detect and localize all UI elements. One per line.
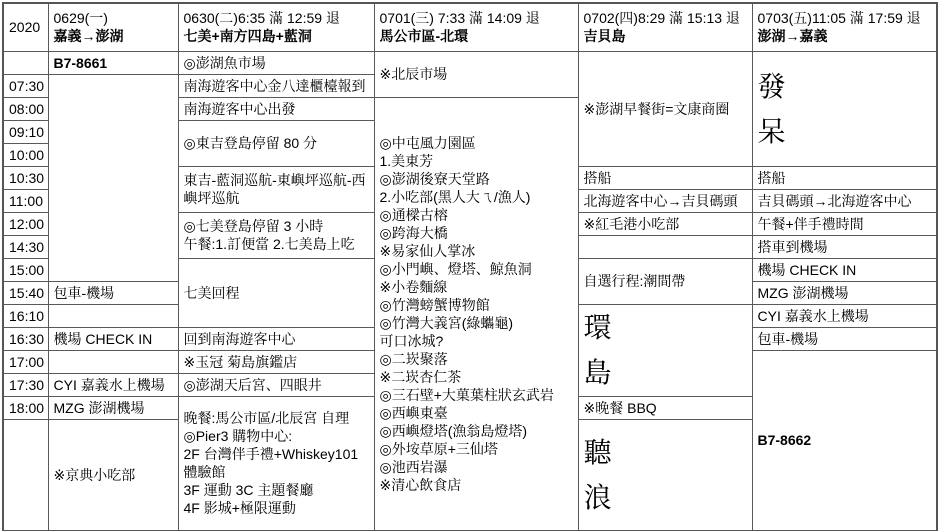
- activity-text: ※北辰市場: [380, 65, 575, 83]
- activity-text: 1.美東芳: [380, 152, 575, 170]
- activity-text: 包車-機場: [54, 284, 175, 302]
- activity-text: ◎通樑古榕: [380, 206, 575, 224]
- cell-d0702-r8: [578, 235, 752, 258]
- day-header-date: 0629(一): [54, 9, 175, 27]
- cell-d0701-r2: ◎中屯風力園區1.美東芳◎澎湖後寮天堂路2.小吃部(黑人大ㄟ/漁人)◎通樑古榕◎…: [374, 97, 578, 531]
- day-header-route: 吉貝島: [584, 27, 749, 45]
- day-header-d0703: 0703(五)11:05 滿 17:59 退澎湖→嘉義: [752, 3, 937, 51]
- time-label-r10: 15:40: [3, 281, 48, 304]
- day-header-d0629: 0629(一)嘉義→澎湖: [48, 3, 178, 51]
- cell-d0630-r5: 東吉-藍洞巡航-東嶼坪巡航-西嶼坪巡航: [178, 166, 374, 212]
- activity-text: ◎池西岩瀑: [380, 458, 575, 476]
- cell-d0702-r7: ※紅毛港小吃部: [578, 212, 752, 235]
- activity-text: ◎中屯風力園區: [380, 134, 575, 152]
- activity-text: ※清心飲食店: [380, 476, 575, 494]
- cell-d0630-r14: ◎澎湖天后宮、四眼井: [178, 373, 374, 396]
- big-activity-text: 聽: [584, 430, 749, 475]
- cell-d0702-r16: 聽浪: [578, 419, 752, 531]
- cell-d0630-r7: ◎七美登島停留 3 小時午餐:1.訂便當 2.七美島上吃: [178, 212, 374, 258]
- activity-text: 東吉-藍洞巡航-東嶼坪巡航-西嶼坪巡航: [184, 171, 371, 207]
- activity-text: ※晚餐 BBQ: [584, 399, 749, 417]
- cell-d0629-r14: CYI 嘉義水上機場: [48, 373, 178, 396]
- cell-d0630-r13: ※玉冠 菊島旗鑑店: [178, 350, 374, 373]
- activity-text: 搭車到機場: [758, 238, 934, 256]
- activity-text: 搭船: [758, 169, 934, 187]
- time-label-r16: [3, 419, 48, 531]
- day-header-d0702: 0702(四)8:29 滿 15:13 退吉貝島: [578, 3, 752, 51]
- activity-text: ※小卷麵線: [380, 278, 575, 296]
- cell-d0703-r12: 包車-機場: [752, 327, 937, 350]
- activity-text: 機場 CHECK IN: [758, 261, 934, 279]
- activity-text: 晚餐:馬公市區/北辰宮 自理: [184, 409, 371, 427]
- activity-text: ◎澎湖後寮天堂路: [380, 170, 575, 188]
- time-label-r15: 18:00: [3, 396, 48, 419]
- activity-text: ◎竹灣螃蟹博物館: [380, 296, 575, 314]
- activity-text: 北海遊客中心→吉貝碼頭: [584, 192, 749, 210]
- day-header-route: 馬公市區-北環: [380, 27, 575, 45]
- activity-text: ◎竹灣大義宮(綠蠵龜): [380, 314, 575, 332]
- time-label-r14: 17:30: [3, 373, 48, 396]
- activity-text: ◎東吉登島停留 80 分: [184, 134, 371, 152]
- time-label-r4: 10:00: [3, 143, 48, 166]
- activity-text: ◎Pier3 購物中心:: [184, 427, 371, 445]
- time-label-r2: 08:00: [3, 97, 48, 120]
- cell-d0630-r0: ◎澎湖魚市場: [178, 51, 374, 74]
- activity-text: B7-8661: [54, 54, 175, 72]
- cell-d0702-r0: ※澎湖早餐街=文康商圈: [578, 51, 752, 166]
- cell-d0702-r11: 環島: [578, 304, 752, 396]
- activity-text: CYI 嘉義水上機場: [758, 307, 934, 325]
- activity-text: ◎澎湖魚市場: [184, 54, 371, 72]
- activity-text: 可口冰城?: [380, 332, 575, 350]
- activity-text: ※玉冠 菊島旗鑑店: [184, 353, 371, 371]
- activity-text: 2F 台灣伴手禮+Whiskey101 體驗館: [184, 445, 371, 481]
- cell-d0629-r0: B7-8661: [48, 51, 178, 74]
- day-header-route: 嘉義→澎湖: [54, 27, 175, 45]
- activity-text: ※二崁杏仁茶: [380, 368, 575, 386]
- cell-d0630-r1: 南海遊客中心金八達櫃檯報到: [178, 74, 374, 97]
- big-activity-text: 島: [584, 350, 749, 395]
- big-activity-text: 發: [758, 64, 934, 109]
- day-header-route: 澎湖→嘉義: [758, 27, 934, 45]
- day-header-route: 七美+南方四島+藍洞: [184, 27, 371, 45]
- activity-text: 七美回程: [184, 284, 371, 302]
- time-label-r5: 10:30: [3, 166, 48, 189]
- activity-text: CYI 嘉義水上機場: [54, 376, 175, 394]
- cell-d0703-r0: 發呆: [752, 51, 937, 166]
- itinerary-table: 20200629(一)嘉義→澎湖0630(二)6:35 滿 12:59 退七美+…: [2, 2, 938, 531]
- day-header-date: 0702(四)8:29 滿 15:13 退: [584, 9, 749, 27]
- day-header-d0630: 0630(二)6:35 滿 12:59 退七美+南方四島+藍洞: [178, 3, 374, 51]
- time-label-r7: 12:00: [3, 212, 48, 235]
- cell-d0629-r12: 機場 CHECK IN: [48, 327, 178, 350]
- big-activity-text: 浪: [584, 475, 749, 520]
- cell-d0703-r10: MZG 澎湖機場: [752, 281, 937, 304]
- time-label-r11: 16:10: [3, 304, 48, 327]
- activity-text: ※澎湖早餐街=文康商圈: [584, 100, 749, 118]
- activity-text: 午餐+伴手禮時間: [758, 215, 934, 233]
- cell-d0703-r5: 搭船: [752, 166, 937, 189]
- activity-text: MZG 澎湖機場: [54, 399, 175, 417]
- activity-text: ◎西嶼燈塔(漁翁島燈塔): [380, 422, 575, 440]
- cell-d0703-r13: B7-8662: [752, 350, 937, 531]
- activity-text: ※易家仙人掌冰: [380, 242, 575, 260]
- activity-text: 4F 影城+極限運動: [184, 499, 371, 517]
- time-label-r3: 09:10: [3, 120, 48, 143]
- activity-text: 南海遊客中心出發: [184, 100, 371, 118]
- activity-text: ※京典小吃部: [54, 466, 175, 484]
- activity-text: 吉貝碼頭→北海遊客中心: [758, 192, 934, 210]
- cell-d0703-r9: 機場 CHECK IN: [752, 258, 937, 281]
- cell-d0630-r15: 晚餐:馬公市區/北辰宮 自理◎Pier3 購物中心:2F 台灣伴手禮+Whisk…: [178, 396, 374, 531]
- activity-text: MZG 澎湖機場: [758, 284, 934, 302]
- cell-d0702-r6: 北海遊客中心→吉貝碼頭: [578, 189, 752, 212]
- cell-d0629-r13: [48, 350, 178, 373]
- cell-d0629-r15: MZG 澎湖機場: [48, 396, 178, 419]
- activity-text: 午餐:1.訂便當 2.七美島上吃: [184, 235, 371, 253]
- activity-text: 搭船: [584, 169, 749, 187]
- time-label-r9: 15:00: [3, 258, 48, 281]
- cell-d0703-r8: 搭車到機場: [752, 235, 937, 258]
- time-label-r0: [3, 51, 48, 74]
- cell-d0629-r10: 包車-機場: [48, 281, 178, 304]
- activity-text: ◎跨海大橋: [380, 224, 575, 242]
- activity-text: ◎七美登島停留 3 小時: [184, 217, 371, 235]
- activity-text: ◎三石壁+大菓葉柱狀玄武岩: [380, 386, 575, 404]
- time-label-r13: 17:00: [3, 350, 48, 373]
- itinerary-page: 20200629(一)嘉義→澎湖0630(二)6:35 滿 12:59 退七美+…: [0, 0, 940, 531]
- cell-d0701-r0: ※北辰市場: [374, 51, 578, 97]
- big-activity-text: 環: [584, 305, 749, 350]
- activity-text: 包車-機場: [758, 330, 934, 348]
- cell-d0629-r1: [48, 74, 178, 281]
- cell-d0630-r2: 南海遊客中心出發: [178, 97, 374, 120]
- cell-d0703-r7: 午餐+伴手禮時間: [752, 212, 937, 235]
- cell-d0629-r16: ※京典小吃部: [48, 419, 178, 531]
- activity-text: 自選行程:潮間帶: [584, 272, 749, 290]
- cell-d0630-r12: 回到南海遊客中心: [178, 327, 374, 350]
- day-header-d0701: 0701(三) 7:33 滿 14:09 退馬公市區-北環: [374, 3, 578, 51]
- cell-d0702-r15: ※晚餐 BBQ: [578, 396, 752, 419]
- cell-d0703-r11: CYI 嘉義水上機場: [752, 304, 937, 327]
- activity-text: ◎小門嶼、燈塔、鯨魚洞: [380, 260, 575, 278]
- day-header-date: 0701(三) 7:33 滿 14:09 退: [380, 9, 575, 27]
- day-header-date: 0630(二)6:35 滿 12:59 退: [184, 9, 371, 27]
- year-cell: 2020: [3, 3, 48, 51]
- time-label-r8: 14:30: [3, 235, 48, 258]
- activity-text: B7-8662: [758, 431, 934, 449]
- activity-text: 2.小吃部(黑人大ㄟ/漁人): [380, 188, 575, 206]
- activity-text: 南海遊客中心金八達櫃檯報到: [184, 77, 371, 95]
- activity-text: ◎二崁聚落: [380, 350, 575, 368]
- cell-d0703-r6: 吉貝碼頭→北海遊客中心: [752, 189, 937, 212]
- time-label-r12: 16:30: [3, 327, 48, 350]
- big-activity-text: 呆: [758, 109, 934, 154]
- time-label-r6: 11:00: [3, 189, 48, 212]
- activity-text: ※紅毛港小吃部: [584, 215, 749, 233]
- cell-d0629-r11: [48, 304, 178, 327]
- activity-text: 機場 CHECK IN: [54, 330, 175, 348]
- cell-d0702-r9: 自選行程:潮間帶: [578, 258, 752, 304]
- time-label-r1: 07:30: [3, 74, 48, 97]
- activity-text: ◎外垵草原+三仙塔: [380, 440, 575, 458]
- cell-d0702-r5: 搭船: [578, 166, 752, 189]
- cell-d0630-r3: ◎東吉登島停留 80 分: [178, 120, 374, 166]
- activity-text: ◎澎湖天后宮、四眼井: [184, 376, 371, 394]
- cell-d0630-r9: 七美回程: [178, 258, 374, 327]
- activity-text: 3F 運動 3C 主題餐廳: [184, 481, 371, 499]
- activity-text: 回到南海遊客中心: [184, 330, 371, 348]
- activity-text: ◎西嶼東臺: [380, 404, 575, 422]
- day-header-date: 0703(五)11:05 滿 17:59 退: [758, 9, 934, 27]
